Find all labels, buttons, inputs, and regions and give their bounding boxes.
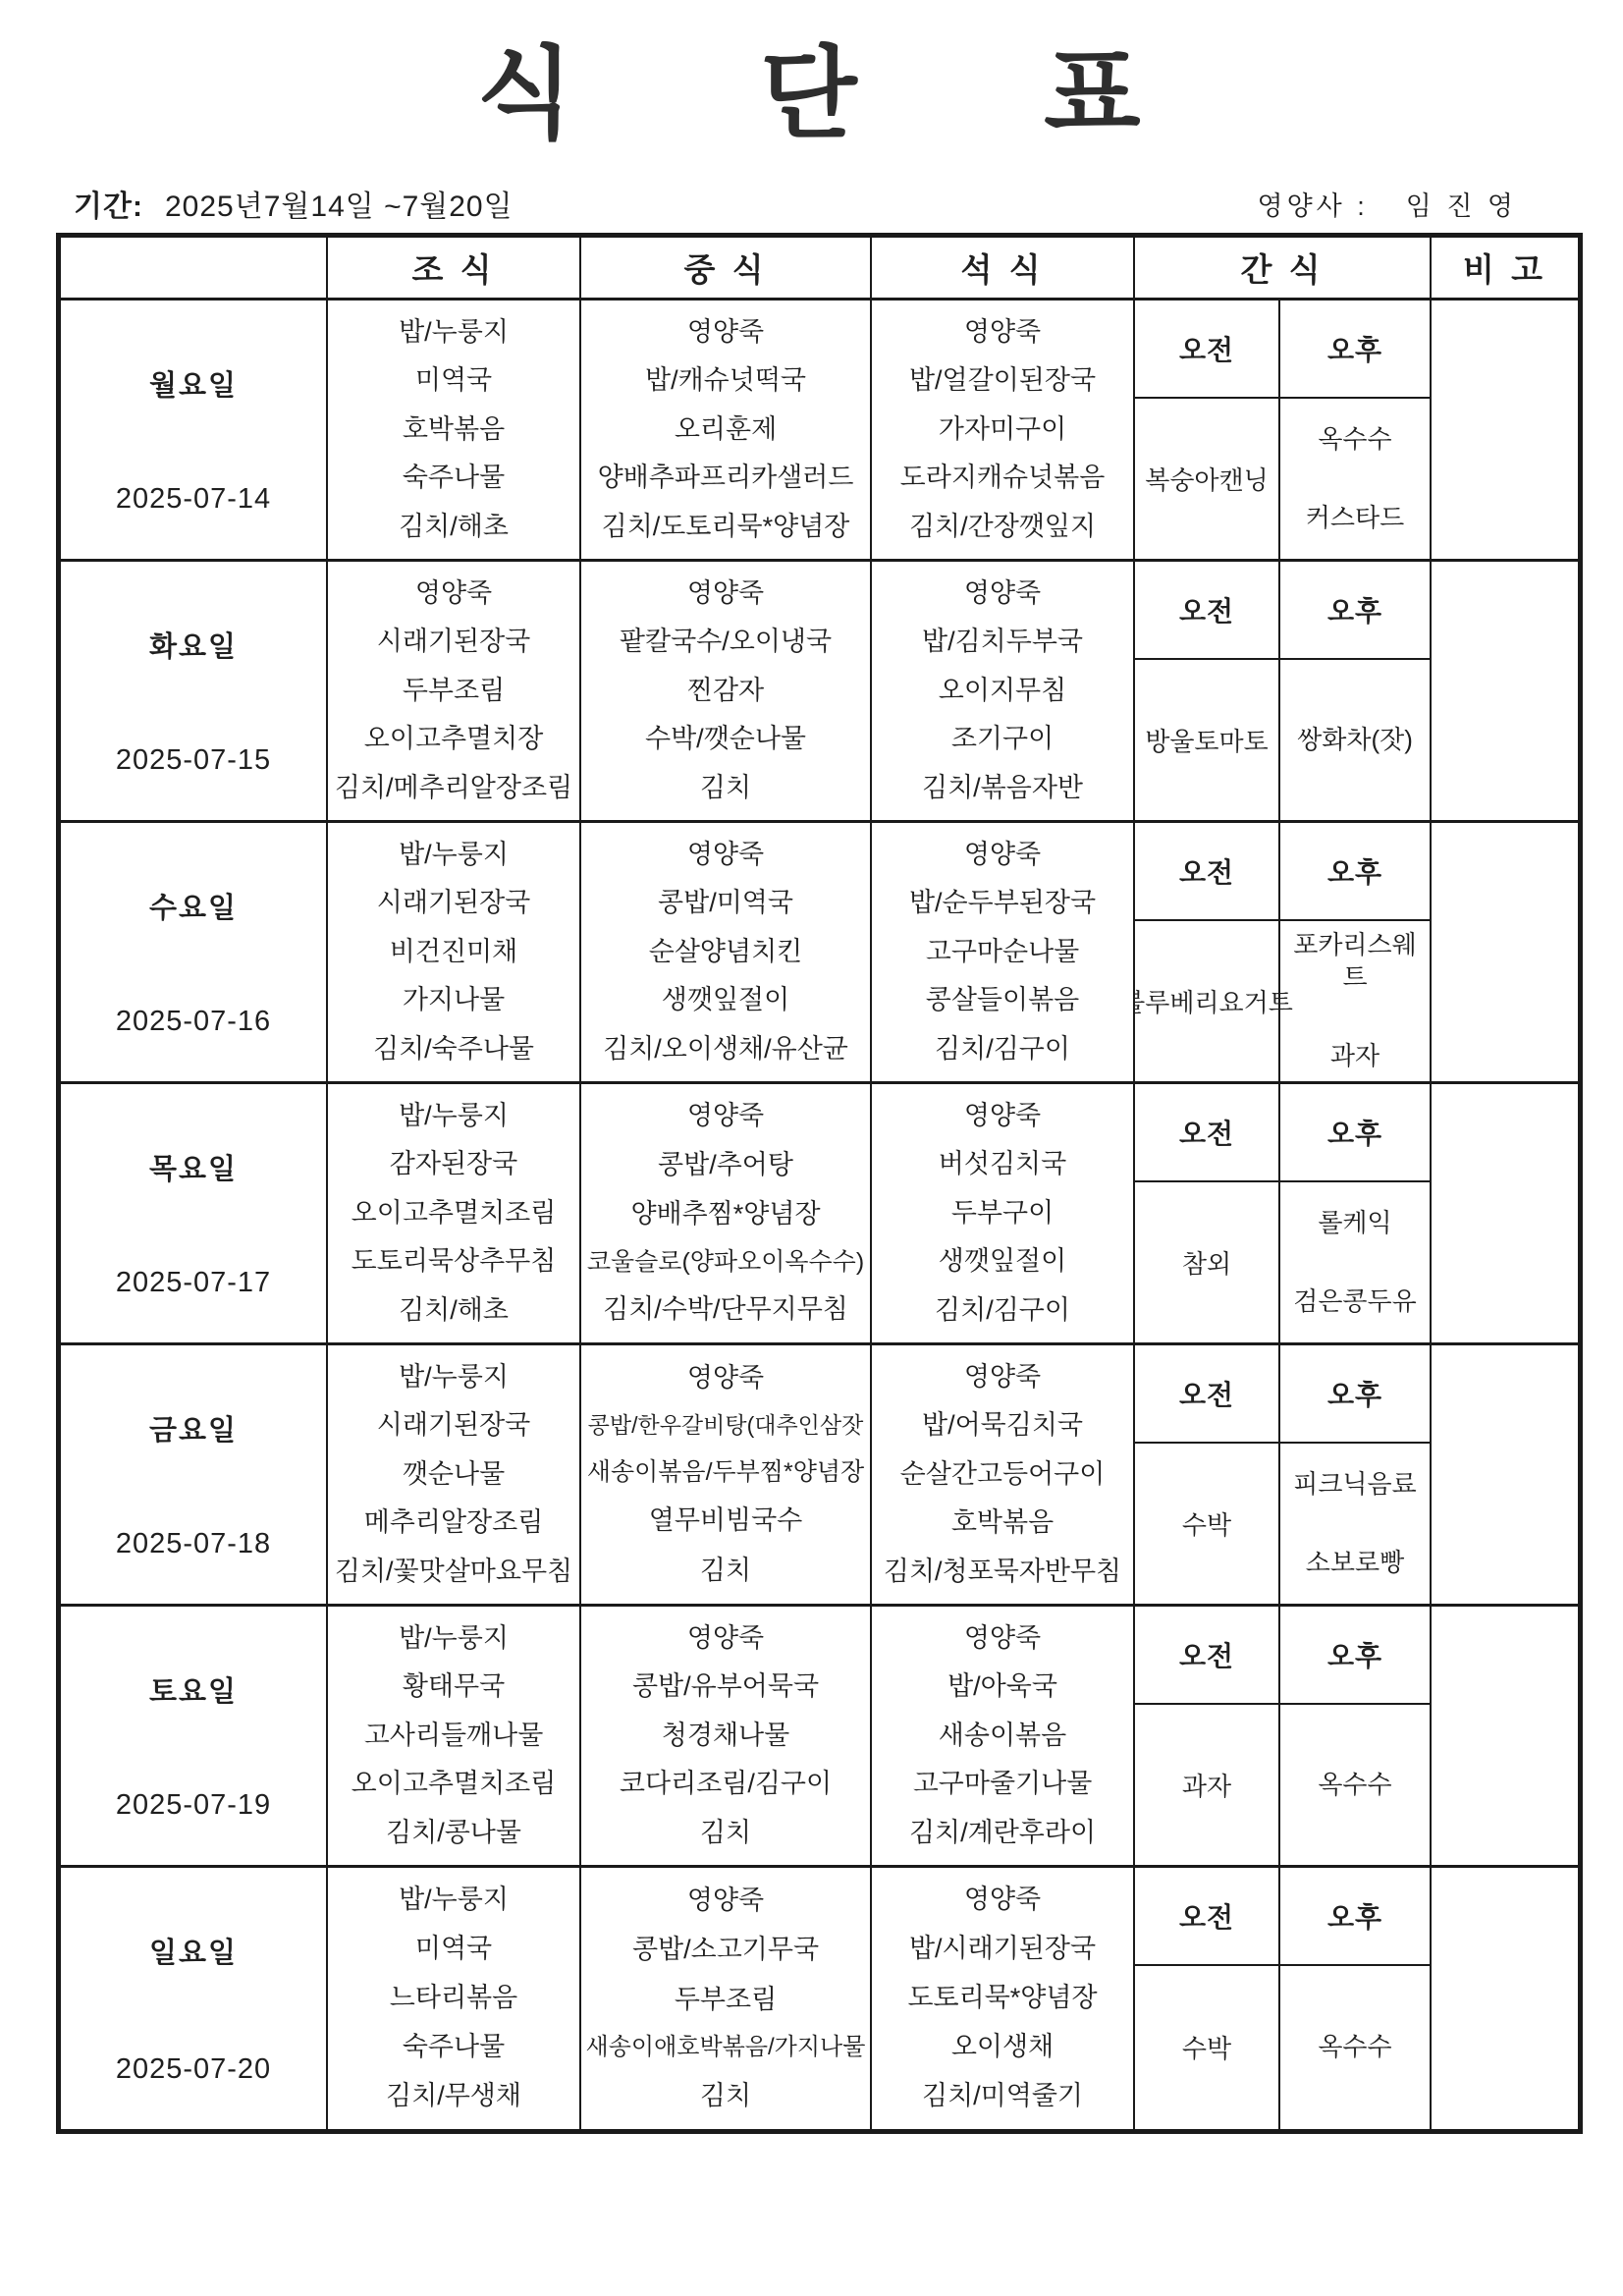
breakfast-cell: 밥/누룽지황태무국고사리들깨나물오이고추멸치조림김치/콩나물: [328, 1607, 581, 1865]
snack-cell: 오전 오후 과자 옥수수: [1135, 1607, 1432, 1865]
menu-item: 김치/해초: [329, 1294, 578, 1326]
menu-item: 팥칼국수/오이냉국: [582, 626, 869, 657]
menu-item: 영양죽: [582, 1100, 869, 1131]
note-cell: [1432, 1345, 1578, 1604]
snack-am-label: 오전: [1135, 1345, 1280, 1442]
menu-item: 양배추파프리카샐러드: [582, 462, 869, 493]
day-date: 2025-07-20: [116, 2053, 271, 2086]
snack-item: 커스타드: [1306, 502, 1404, 534]
note-cell: [1432, 1084, 1578, 1342]
menu-item: 김치/무생채: [329, 2080, 578, 2111]
menu-item: 밥/시래기된장국: [873, 1933, 1132, 1964]
menu-item: 영양죽: [582, 839, 869, 870]
snack-am-items: 수박: [1135, 1444, 1280, 1604]
snack-item: 옥수수: [1318, 1769, 1391, 1801]
menu-item: 김치/미역줄기: [873, 2080, 1132, 2111]
snack-pm-items: 옥수수커스타드: [1280, 399, 1430, 559]
snack-pm-items: 롤케익검은콩두유: [1280, 1182, 1430, 1342]
menu-item: 미역국: [329, 1933, 578, 1964]
menu-item: 콩밥/소고기무국: [582, 1934, 869, 1965]
lunch-cell: 영양죽팥칼국수/오이냉국찐감자수박/깻순나물김치: [581, 562, 872, 820]
menu-item: 콩살들이볶음: [873, 984, 1132, 1015]
snack-item: 포카리스웨트: [1284, 929, 1426, 993]
day-cell: 월요일 2025-07-14: [61, 301, 328, 559]
day-name: 목요일: [149, 1147, 238, 1187]
menu-item: 두부구이: [873, 1197, 1132, 1229]
header-note: 비 고: [1432, 238, 1578, 298]
nutritionist-label: 영양사 :: [1258, 185, 1369, 223]
menu-item: 콩밥/유부어묵국: [582, 1670, 869, 1702]
day-date: 2025-07-15: [116, 744, 271, 777]
note-cell: [1432, 562, 1578, 820]
day-date: 2025-07-18: [116, 1528, 271, 1560]
menu-item: 김치/콩나물: [329, 1817, 578, 1848]
menu-item: 도라지캐슈넛볶음: [873, 462, 1132, 493]
dinner-cell: 영양죽버섯김치국두부구이생깻잎절이김치/김구이: [872, 1084, 1135, 1342]
menu-item: 가자미구이: [873, 413, 1132, 445]
dinner-cell: 영양죽밥/아욱국새송이볶음고구마줄기나물김치/계란후라이: [872, 1607, 1135, 1865]
snack-item: 과자: [1182, 1767, 1231, 1803]
lunch-cell: 영양죽콩밥/미역국순살양념치킨생깻잎절이김치/오이생채/유산균: [581, 823, 872, 1081]
menu-item: 호박볶음: [329, 413, 578, 445]
table-row: 월요일 2025-07-14 밥/누룽지미역국호박볶음숙주나물김치/해초 영양죽…: [61, 301, 1578, 562]
snack-item: 쌍화차(잣): [1297, 724, 1413, 756]
menu-item: 느타리볶음: [329, 1982, 578, 2013]
lunch-cell: 영양죽밥/캐슈넛떡국오리훈제양배추파프리카샐러드김치/도토리묵*양념장: [581, 301, 872, 559]
dinner-cell: 영양죽밥/시래기된장국도토리묵*양념장오이생채김치/미역줄기: [872, 1868, 1135, 2129]
menu-item: 조기구이: [873, 723, 1132, 754]
menu-item: 찐감자: [582, 675, 869, 706]
menu-item: 비건진미채: [329, 936, 578, 967]
menu-item: 김치: [582, 1817, 869, 1848]
menu-item: 영양죽: [582, 1362, 869, 1394]
snack-am-items: 과자: [1135, 1705, 1280, 1865]
day-cell: 수요일 2025-07-16: [61, 823, 328, 1081]
snack-cell: 오전 오후 블루베리요거트 포카리스웨트과자: [1135, 823, 1432, 1081]
snack-body: 수박 피크닉음료소보로빵: [1135, 1444, 1430, 1604]
snack-pm-label: 오후: [1280, 1345, 1430, 1442]
snack-pm-items: 옥수수: [1280, 1705, 1430, 1865]
note-cell: [1432, 301, 1578, 559]
snack-cell: 오전 오후 참외 롤케익검은콩두유: [1135, 1084, 1432, 1342]
day-name: 일요일: [149, 1931, 238, 1971]
snack-pm-items: 피크닉음료소보로빵: [1280, 1444, 1430, 1604]
menu-item: 김치/청포묵자반무침: [873, 1556, 1132, 1587]
day-name: 토요일: [149, 1669, 238, 1710]
menu-table: 조 식 중 식 석 식 간 식 비 고 월요일 2025-07-14 밥/누룽지…: [56, 233, 1583, 2134]
table-row: 토요일 2025-07-19 밥/누룽지황태무국고사리들깨나물오이고추멸치조림김…: [61, 1607, 1578, 1868]
menu-item: 영양죽: [582, 1885, 869, 1916]
day-date: 2025-07-17: [116, 1267, 271, 1299]
day-name: 수요일: [149, 886, 238, 926]
snack-subheader: 오전 오후: [1135, 301, 1430, 399]
period-value: 2025년7월14일 ~7월20일: [165, 182, 514, 225]
header-breakfast: 조 식: [328, 238, 581, 298]
menu-item: 영양죽: [873, 1622, 1132, 1654]
menu-item: 도토리묵상추무침: [329, 1245, 578, 1277]
meta-row: 기간: 2025년7월14일 ~7월20일 영양사 : 임 진 영: [0, 182, 1623, 223]
menu-item: 밥/누룽지: [329, 316, 578, 348]
day-cell: 금요일 2025-07-18: [61, 1345, 328, 1604]
menu-item: 두부조림: [582, 1984, 869, 2015]
menu-item: 고사리들깨나물: [329, 1720, 578, 1751]
day-name: 월요일: [149, 363, 238, 404]
menu-item: 영양죽: [873, 1884, 1132, 1915]
table-row: 금요일 2025-07-18 밥/누룽지시래기된장국깻순나물메추리알장조림김치/…: [61, 1345, 1578, 1607]
menu-item: 영양죽: [329, 577, 578, 609]
snack-subheader: 오전 오후: [1135, 1607, 1430, 1705]
menu-item: 생깻잎절이: [873, 1245, 1132, 1277]
day-cell: 화요일 2025-07-15: [61, 562, 328, 820]
lunch-cell: 영양죽콩밥/한우갈비탕(대추인삼잣새송이볶음/두부찜*양념장열무비빔국수김치: [581, 1345, 872, 1604]
snack-am-items: 수박: [1135, 1966, 1280, 2129]
menu-item: 김치/숙주나물: [329, 1033, 578, 1065]
menu-item: 오이지무침: [873, 675, 1132, 706]
dinner-cell: 영양죽밥/순두부된장국고구마순나물콩살들이볶음김치/김구이: [872, 823, 1135, 1081]
snack-pm-label: 오후: [1280, 562, 1430, 658]
menu-item: 밥/아욱국: [873, 1670, 1132, 1702]
nutritionist-name: 임 진 영: [1406, 185, 1517, 223]
day-name: 금요일: [149, 1408, 238, 1449]
breakfast-cell: 영양죽시래기된장국두부조림오이고추멸치장김치/메추리알장조림: [328, 562, 581, 820]
menu-item: 오이고추멸치장: [329, 723, 578, 754]
snack-am-items: 블루베리요거트: [1135, 921, 1280, 1081]
menu-item: 김치/간장깻잎지: [873, 511, 1132, 542]
snack-am-label: 오전: [1135, 1084, 1280, 1180]
menu-item: 시래기된장국: [329, 626, 578, 657]
snack-pm-label: 오후: [1280, 1868, 1430, 1964]
menu-item: 생깻잎절이: [582, 984, 869, 1015]
snack-cell: 오전 오후 복숭아캔닝 옥수수커스타드: [1135, 301, 1432, 559]
table-row: 목요일 2025-07-17 밥/누룽지감자된장국오이고추멸치조림도토리묵상추무…: [61, 1084, 1578, 1345]
meal-plan-document: 식 단 표 기간: 2025년7월14일 ~7월20일 영양사 : 임 진 영 …: [0, 0, 1623, 2296]
menu-item: 밥/어묵김치국: [873, 1409, 1132, 1441]
menu-item: 오이고추멸치조림: [329, 1768, 578, 1799]
menu-item: 도토리묵*양념장: [873, 1982, 1132, 2013]
menu-item: 밥/김치두부국: [873, 626, 1132, 657]
menu-item: 김치/해초: [329, 511, 578, 542]
snack-item: 블루베리요거트: [1135, 983, 1293, 1019]
table-row: 화요일 2025-07-15 영양죽시래기된장국두부조림오이고추멸치장김치/메추…: [61, 562, 1578, 823]
menu-item: 고구마순나물: [873, 936, 1132, 967]
snack-pm-items: 옥수수: [1280, 1966, 1430, 2129]
menu-item: 밥/누룽지: [329, 1884, 578, 1915]
menu-item: 영양죽: [873, 316, 1132, 348]
snack-am-items: 참외: [1135, 1182, 1280, 1342]
menu-item: 밥/누룽지: [329, 1622, 578, 1654]
snack-am-label: 오전: [1135, 1607, 1280, 1703]
note-cell: [1432, 823, 1578, 1081]
page-title: 식 단 표: [0, 0, 1623, 160]
snack-pm-items: 포카리스웨트과자: [1280, 921, 1430, 1081]
snack-body: 방울토마토 쌍화차(잣): [1135, 660, 1430, 820]
snack-cell: 오전 오후 방울토마토 쌍화차(잣): [1135, 562, 1432, 820]
snack-subheader: 오전 오후: [1135, 1084, 1430, 1182]
snack-item: 검은콩두유: [1293, 1285, 1417, 1318]
menu-item: 숙주나물: [329, 2031, 578, 2062]
header-dinner: 석 식: [872, 238, 1135, 298]
day-name: 화요일: [149, 625, 238, 665]
header-day-column: [61, 238, 328, 298]
breakfast-cell: 밥/누룽지미역국호박볶음숙주나물김치/해초: [328, 301, 581, 559]
day-cell: 일요일 2025-07-20: [61, 1868, 328, 2129]
table-body: 월요일 2025-07-14 밥/누룽지미역국호박볶음숙주나물김치/해초 영양죽…: [61, 301, 1578, 2129]
snack-cell: 오전 오후 수박 옥수수: [1135, 1868, 1432, 2129]
snack-item: 피크닉음료: [1293, 1468, 1417, 1501]
breakfast-cell: 밥/누룽지감자된장국오이고추멸치조림도토리묵상추무침김치/해초: [328, 1084, 581, 1342]
menu-item: 버섯김치국: [873, 1148, 1132, 1179]
snack-am-label: 오전: [1135, 301, 1280, 397]
snack-am-label: 오전: [1135, 562, 1280, 658]
menu-item: 오이생채: [873, 2031, 1132, 2062]
day-cell: 목요일 2025-07-17: [61, 1084, 328, 1342]
snack-subheader: 오전 오후: [1135, 562, 1430, 660]
menu-item: 코다리조림/김구이: [582, 1768, 869, 1799]
menu-item: 김치/김구이: [873, 1294, 1132, 1326]
menu-item: 김치: [582, 772, 869, 803]
menu-item: 고구마줄기나물: [873, 1768, 1132, 1799]
snack-item: 참외: [1182, 1244, 1231, 1281]
menu-item: 밥/캐슈넛떡국: [582, 364, 869, 396]
snack-am-items: 복숭아캔닝: [1135, 399, 1280, 559]
day-cell: 토요일 2025-07-19: [61, 1607, 328, 1865]
nutritionist: 영양사 : 임 진 영: [1258, 185, 1518, 223]
day-date: 2025-07-19: [116, 1789, 271, 1822]
lunch-cell: 영양죽콩밥/유부어묵국청경채나물코다리조림/김구이김치: [581, 1607, 872, 1865]
snack-subheader: 오전 오후: [1135, 1868, 1430, 1966]
menu-item: 순살양념치킨: [582, 936, 869, 967]
day-date: 2025-07-16: [116, 1006, 271, 1038]
snack-body: 블루베리요거트 포카리스웨트과자: [1135, 921, 1430, 1081]
table-row: 수요일 2025-07-16 밥/누룽지시래기된장국비건진미채가지나물김치/숙주…: [61, 823, 1578, 1084]
menu-item: 영양죽: [582, 1622, 869, 1654]
day-date: 2025-07-14: [116, 483, 271, 516]
menu-item: 코울슬로(양파오이옥수수): [582, 1247, 869, 1277]
snack-pm-label: 오후: [1280, 301, 1430, 397]
menu-item: 새송이볶음: [873, 1720, 1132, 1751]
menu-item: 가지나물: [329, 984, 578, 1015]
snack-body: 참외 롤케익검은콩두유: [1135, 1182, 1430, 1342]
menu-item: 밥/누룽지: [329, 839, 578, 870]
breakfast-cell: 밥/누룽지미역국느타리볶음숙주나물김치/무생채: [328, 1868, 581, 2129]
menu-item: 영양죽: [873, 577, 1132, 609]
snack-subheader: 오전 오후: [1135, 823, 1430, 921]
menu-item: 새송이볶음/두부찜*양념장: [582, 1457, 869, 1487]
menu-item: 열무비빔국수: [582, 1504, 869, 1536]
snack-pm-label: 오후: [1280, 823, 1430, 919]
period-label: 기간:: [74, 182, 143, 225]
snack-pm-items: 쌍화차(잣): [1280, 660, 1430, 820]
snack-item: 옥수수: [1318, 2031, 1391, 2063]
menu-item: 김치/도토리묵*양념장: [582, 511, 869, 542]
snack-item: 소보로빵: [1306, 1547, 1404, 1579]
breakfast-cell: 밥/누룽지시래기된장국비건진미채가지나물김치/숙주나물: [328, 823, 581, 1081]
menu-item: 콩밥/한우갈비탕(대추인삼잣: [582, 1412, 869, 1440]
snack-body: 복숭아캔닝 옥수수커스타드: [1135, 399, 1430, 559]
menu-item: 밥/얼갈이된장국: [873, 364, 1132, 396]
menu-item: 영양죽: [873, 839, 1132, 870]
menu-item: 시래기된장국: [329, 887, 578, 918]
menu-item: 오리훈제: [582, 413, 869, 445]
menu-item: 청경채나물: [582, 1720, 869, 1751]
menu-item: 시래기된장국: [329, 1409, 578, 1441]
snack-subheader: 오전 오후: [1135, 1345, 1430, 1444]
note-cell: [1432, 1868, 1578, 2129]
menu-item: 김치: [582, 1555, 869, 1586]
snack-cell: 오전 오후 수박 피크닉음료소보로빵: [1135, 1345, 1432, 1604]
menu-item: 황태무국: [329, 1670, 578, 1702]
menu-item: 영양죽: [873, 1100, 1132, 1131]
menu-item: 두부조림: [329, 675, 578, 706]
dinner-cell: 영양죽밥/얼갈이된장국가자미구이도라지캐슈넛볶음김치/간장깻잎지: [872, 301, 1135, 559]
lunch-cell: 영양죽콩밥/추어탕양배추찜*양념장코울슬로(양파오이옥수수)김치/수박/단무지무…: [581, 1084, 872, 1342]
snack-item: 수박: [1182, 2029, 1231, 2065]
menu-item: 메추리알장조림: [329, 1506, 578, 1538]
snack-body: 과자 옥수수: [1135, 1705, 1430, 1865]
table-header-row: 조 식 중 식 석 식 간 식 비 고: [61, 238, 1578, 301]
menu-item: 순살간고등어구이: [873, 1458, 1132, 1490]
snack-am-label: 오전: [1135, 823, 1280, 919]
menu-item: 오이고추멸치조림: [329, 1197, 578, 1229]
menu-item: 밥/누룽지: [329, 1100, 578, 1131]
menu-item: 깻순나물: [329, 1458, 578, 1490]
snack-item: 방울토마토: [1145, 722, 1269, 758]
menu-item: 김치/볶음자반: [873, 772, 1132, 803]
menu-item: 영양죽: [582, 316, 869, 348]
header-snack: 간 식: [1135, 238, 1432, 298]
menu-item: 김치/메추리알장조림: [329, 772, 578, 803]
dinner-cell: 영양죽밥/김치두부국오이지무침조기구이김치/볶음자반: [872, 562, 1135, 820]
table-row: 일요일 2025-07-20 밥/누룽지미역국느타리볶음숙주나물김치/무생채 영…: [61, 1868, 1578, 2129]
menu-item: 김치/꽃맛살마요무침: [329, 1556, 578, 1587]
menu-item: 미역국: [329, 364, 578, 396]
snack-am-items: 방울토마토: [1135, 660, 1280, 820]
snack-item: 롤케익: [1318, 1207, 1391, 1239]
menu-item: 콩밥/미역국: [582, 887, 869, 918]
menu-item: 새송이애호박볶음/가지나물: [582, 2034, 869, 2062]
menu-item: 영양죽: [873, 1361, 1132, 1393]
lunch-cell: 영양죽콩밥/소고기무국두부조림새송이애호박볶음/가지나물김치: [581, 1868, 872, 2129]
note-cell: [1432, 1607, 1578, 1865]
snack-item: 수박: [1182, 1505, 1231, 1542]
menu-item: 숙주나물: [329, 462, 578, 493]
menu-item: 김치/오이생채/유산균: [582, 1033, 869, 1065]
menu-item: 영양죽: [582, 577, 869, 609]
menu-item: 밥/순두부된장국: [873, 887, 1132, 918]
breakfast-cell: 밥/누룽지시래기된장국깻순나물메추리알장조림김치/꽃맛살마요무침: [328, 1345, 581, 1604]
dinner-cell: 영양죽밥/어묵김치국순살간고등어구이호박볶음김치/청포묵자반무침: [872, 1345, 1135, 1604]
snack-am-label: 오전: [1135, 1868, 1280, 1964]
menu-item: 밥/누룽지: [329, 1361, 578, 1393]
snack-pm-label: 오후: [1280, 1607, 1430, 1703]
menu-item: 김치: [582, 2080, 869, 2111]
menu-item: 김치/김구이: [873, 1033, 1132, 1065]
menu-item: 김치/수박/단무지무침: [582, 1293, 869, 1325]
menu-item: 감자된장국: [329, 1148, 578, 1179]
menu-item: 김치/계란후라이: [873, 1817, 1132, 1848]
menu-item: 호박볶음: [873, 1506, 1132, 1538]
snack-pm-label: 오후: [1280, 1084, 1430, 1180]
snack-item: 과자: [1330, 1040, 1380, 1072]
menu-item: 양배추찜*양념장: [582, 1198, 869, 1230]
snack-body: 수박 옥수수: [1135, 1966, 1430, 2129]
menu-item: 콩밥/추어탕: [582, 1149, 869, 1180]
header-lunch: 중 식: [581, 238, 872, 298]
menu-item: 수박/깻순나물: [582, 723, 869, 754]
snack-item: 옥수수: [1318, 423, 1391, 456]
snack-item: 복숭아캔닝: [1145, 461, 1269, 497]
